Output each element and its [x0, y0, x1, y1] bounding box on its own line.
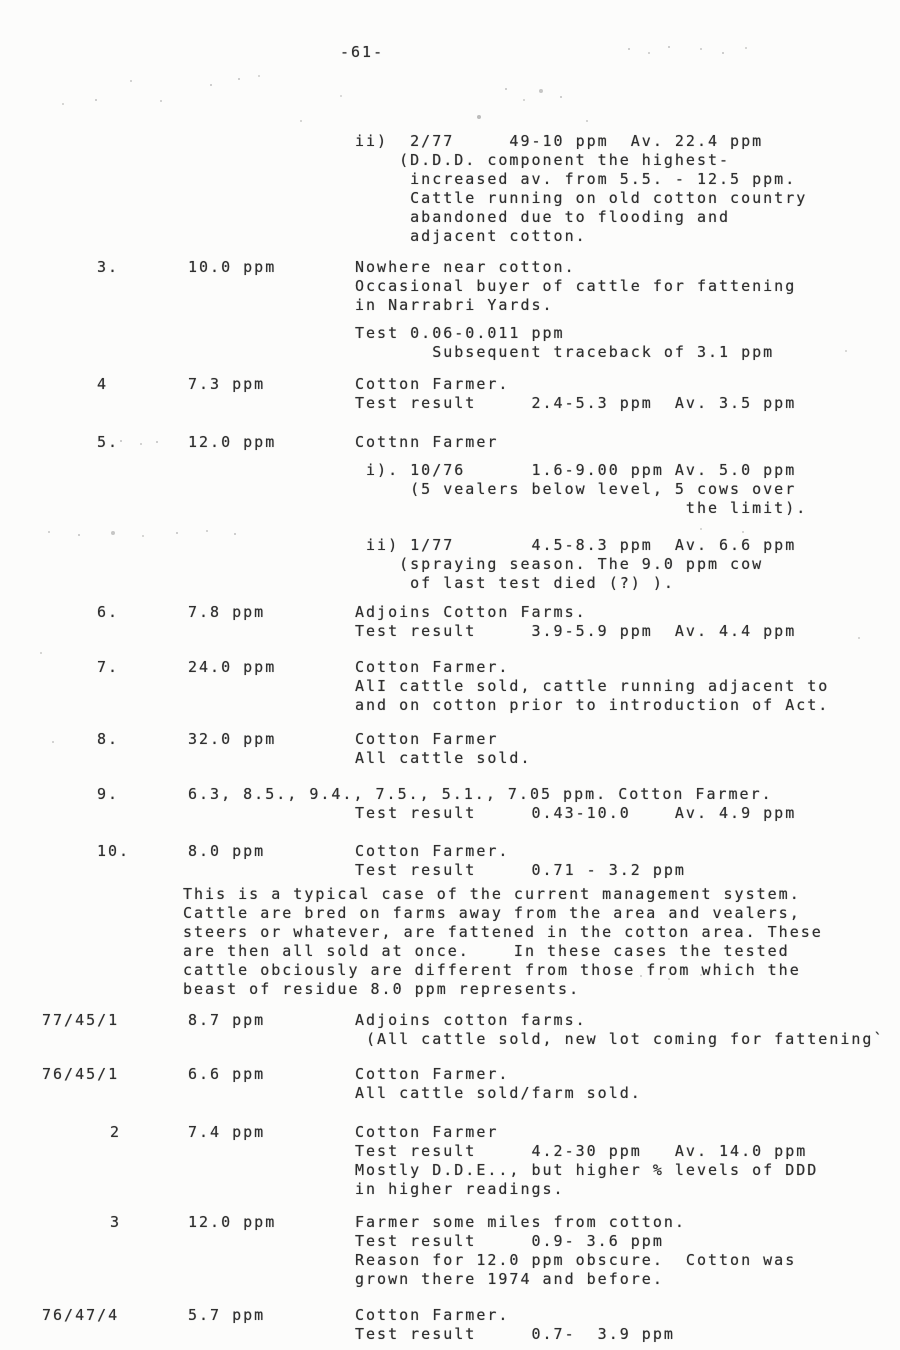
entry-id: 3. — [40, 258, 188, 277]
entry-id: 10. — [40, 842, 188, 861]
description-line: Mostly D.D.E.., but higher % levels of D… — [355, 1161, 818, 1180]
description-gap — [355, 452, 807, 461]
entry-description: Cotton Farmer.Test result 0.71 - 3.2 ppm — [355, 842, 686, 880]
entry-description: Cotton Farmer.Test result 0.7- 3.9 ppm — [355, 1306, 675, 1344]
description-line: cattle obciously are different from thos… — [183, 961, 823, 980]
description-line: Test result 0.71 - 3.2 ppm — [355, 861, 686, 880]
entry-id: 2 — [40, 1123, 188, 1142]
description-line: increased av. from 5.5. - 12.5 ppm. — [355, 170, 807, 189]
entry-id: 6. — [40, 603, 188, 622]
entry-ppm-value: 24.0 ppm — [188, 658, 355, 677]
description-line: Cotton Farmer — [355, 730, 532, 749]
entry-description: Adjoins Cotton Farms.Test result 3.9-5.9… — [355, 603, 796, 641]
description-line: Adjoins Cotton Farms. — [355, 603, 796, 622]
description-line: steers or whatever, are fattened in the … — [183, 923, 823, 942]
description-line: the limit). — [355, 499, 807, 518]
residue-entry-row: 7. 24.0 ppm Cotton Farmer.AlI cattle sol… — [40, 658, 890, 715]
residue-entry-row: ii) 2/77 49-10 ppm Av. 22.4 ppm (D.D.D. … — [355, 132, 890, 246]
scan-noise-speckles — [0, 0, 2, 2]
residue-entry-row: 10. 8.0 ppm Cotton Farmer.Test result 0.… — [40, 842, 890, 880]
description-line: ii) 2/77 49-10 ppm Av. 22.4 ppm — [355, 132, 807, 151]
entry-ppm-value: 32.0 ppm — [188, 730, 355, 749]
description-line: Nowhere near cotton. — [355, 258, 796, 277]
entry-ppm-value: 7.3 ppm — [188, 375, 355, 394]
entry-ppm-value: 12.0 ppm — [188, 1213, 355, 1232]
description-line: beast of residue 8.0 ppm represents. — [183, 980, 823, 999]
description-line: Farmer some miles from cotton. — [355, 1213, 796, 1232]
entry-id: 77/45/1 — [40, 1011, 188, 1030]
description-line: (D.D.D. component the highest- — [355, 151, 807, 170]
description-line: AlI cattle sold, cattle running adjacent… — [355, 677, 829, 696]
description-line: Cotton Farmer. — [355, 1306, 675, 1325]
description-line: Test result 0.7- 3.9 ppm — [355, 1325, 675, 1344]
description-line: abandoned due to flooding and — [355, 208, 807, 227]
description-line: Cotton Farmer. — [355, 375, 796, 394]
entry-ppm-value: 6.3, 8.5., 9.4., 7.5., 5.1., 7.05 ppm. C… — [188, 785, 355, 804]
description-line: of last test died (?) ). — [355, 574, 807, 593]
description-line: Cotton Farmer. — [355, 842, 686, 861]
description-line: (spraying season. The 9.0 ppm cow — [355, 555, 807, 574]
entry-id: 3 — [40, 1213, 188, 1232]
entry-id: 7. — [40, 658, 188, 677]
description-gap — [355, 315, 796, 324]
description-line: This is a typical case of the current ma… — [183, 885, 823, 904]
residue-entry-row: 9. 6.3, 8.5., 9.4., 7.5., 5.1., 7.05 ppm… — [40, 785, 890, 823]
description-gap — [355, 518, 807, 527]
residue-entry-row: 6. 7.8 ppm Adjoins Cotton Farms.Test res… — [40, 603, 890, 641]
description-gap — [355, 527, 807, 536]
entry-id: 76/47/4 — [40, 1306, 188, 1325]
entry-description: Cotton Farmer.AlI cattle sold, cattle ru… — [355, 658, 829, 715]
entry-id: 9. — [40, 785, 188, 804]
description-line: All cattle sold/farm sold. — [355, 1084, 642, 1103]
description-line: (All cattle sold, new lot coming for fat… — [355, 1030, 884, 1049]
description-line: Cotton Farmer. — [355, 658, 829, 677]
entry-description: Nowhere near cotton.Occasional buyer of … — [355, 258, 796, 362]
description-line: Cotton Farmer — [355, 1123, 818, 1142]
entry-id: 5. — [40, 433, 188, 452]
residue-entry-row: 76/47/4 5.7 ppm Cotton Farmer.Test resul… — [40, 1306, 890, 1344]
description-line: grown there 1974 and before. — [355, 1270, 796, 1289]
description-line: Test result 0.43-10.0 Av. 4.9 ppm — [355, 804, 796, 823]
description-line: Test 0.06-0.011 ppm — [355, 324, 796, 343]
description-line: All cattle sold. — [355, 749, 532, 768]
description-line: Test result 0.9- 3.6 ppm — [355, 1232, 796, 1251]
entry-description: Adjoins cotton farms. (All cattle sold, … — [355, 1011, 884, 1049]
entry-ppm-value: 10.0 ppm — [188, 258, 355, 277]
residue-entry-row: 3 12.0 ppm Farmer some miles from cotton… — [40, 1213, 890, 1289]
description-line: Cottnn Farmer — [355, 433, 807, 452]
entry-id: 76/45/1 — [40, 1065, 188, 1084]
entry-id: 8. — [40, 730, 188, 749]
description-line: Subsequent traceback of 3.1 ppm — [355, 343, 796, 362]
entry-ppm-value: 8.7 ppm — [188, 1011, 355, 1030]
entry-description: Test result 0.43-10.0 Av. 4.9 ppm — [355, 785, 796, 823]
description-line: Test result 2.4-5.3 ppm Av. 3.5 ppm — [355, 394, 796, 413]
description-line: Reason for 12.0 ppm obscure. Cotton was — [355, 1251, 796, 1270]
description-line: in Narrabri Yards. — [355, 296, 796, 315]
entry-description: Cotton FarmerAll cattle sold. — [355, 730, 532, 768]
entry-description: Cotton FarmerTest result 4.2-30 ppm Av. … — [355, 1123, 818, 1199]
description-line: Cattle running on old cotton country — [355, 189, 807, 208]
description-line: Cattle are bred on farms away from the a… — [183, 904, 823, 923]
description-line: are then all sold at once. In these case… — [183, 942, 823, 961]
entry-description: Farmer some miles from cotton.Test resul… — [355, 1213, 796, 1289]
description-line: Test result 3.9-5.9 ppm Av. 4.4 ppm — [355, 622, 796, 641]
residue-entry-row: 2 7.4 ppm Cotton FarmerTest result 4.2-3… — [40, 1123, 890, 1199]
description-line: ii) 1/77 4.5-8.3 ppm Av. 6.6 ppm — [355, 536, 807, 555]
entry-ppm-value: 5.7 ppm — [188, 1306, 355, 1325]
description-line: adjacent cotton. — [355, 227, 807, 246]
residue-entry-row: 77/45/1 8.7 ppm Adjoins cotton farms. (A… — [40, 1011, 890, 1049]
description-line: Cotton Farmer. — [355, 1065, 642, 1084]
entry-ppm-value: 8.0 ppm — [188, 842, 355, 861]
entry-id: 4 — [40, 375, 188, 394]
residue-entry-row: 76/45/1 6.6 ppm Cotton Farmer.All cattle… — [40, 1065, 890, 1103]
residue-entry-row: 3. 10.0 ppm Nowhere near cotton.Occasion… — [40, 258, 890, 362]
entry-ppm-value: 6.6 ppm — [188, 1065, 355, 1084]
entry-ppm-value: 12.0 ppm — [188, 433, 355, 452]
description-line: (5 vealers below level, 5 cows over — [355, 480, 807, 499]
description-line: Test result 4.2-30 ppm Av. 14.0 ppm — [355, 1142, 818, 1161]
residue-entry-row: 8. 32.0 ppm Cotton FarmerAll cattle sold… — [40, 730, 890, 768]
description-line — [355, 785, 796, 804]
page-number: -61- — [340, 43, 384, 62]
entry-ppm-value: 7.4 ppm — [188, 1123, 355, 1142]
entry-description: Cottnn Farmer i). 10/76 1.6-9.00 ppm Av.… — [355, 433, 807, 593]
document-page: -61- ii) 2/77 49-10 ppm Av. 22.4 ppm (D.… — [0, 0, 900, 1350]
description-line: and on cotton prior to introduction of A… — [355, 696, 829, 715]
description-line: Occasional buyer of cattle for fattening — [355, 277, 796, 296]
entry-description: ii) 2/77 49-10 ppm Av. 22.4 ppm (D.D.D. … — [355, 132, 807, 246]
entry-description: Cotton Farmer.Test result 2.4-5.3 ppm Av… — [355, 375, 796, 413]
entry-ppm-value: 7.8 ppm — [188, 603, 355, 622]
residue-entry-row: This is a typical case of the current ma… — [183, 885, 890, 999]
residue-entry-row: 5. 12.0 ppm Cottnn Farmer i). 10/76 1.6-… — [40, 433, 890, 593]
entry-description: This is a typical case of the current ma… — [183, 885, 823, 999]
description-line: i). 10/76 1.6-9.00 ppm Av. 5.0 ppm — [355, 461, 807, 480]
entry-description: Cotton Farmer.All cattle sold/farm sold. — [355, 1065, 642, 1103]
description-line: Adjoins cotton farms. — [355, 1011, 884, 1030]
residue-entry-row: 4 7.3 ppm Cotton Farmer.Test result 2.4-… — [40, 375, 890, 413]
description-line: in higher readings. — [355, 1180, 818, 1199]
